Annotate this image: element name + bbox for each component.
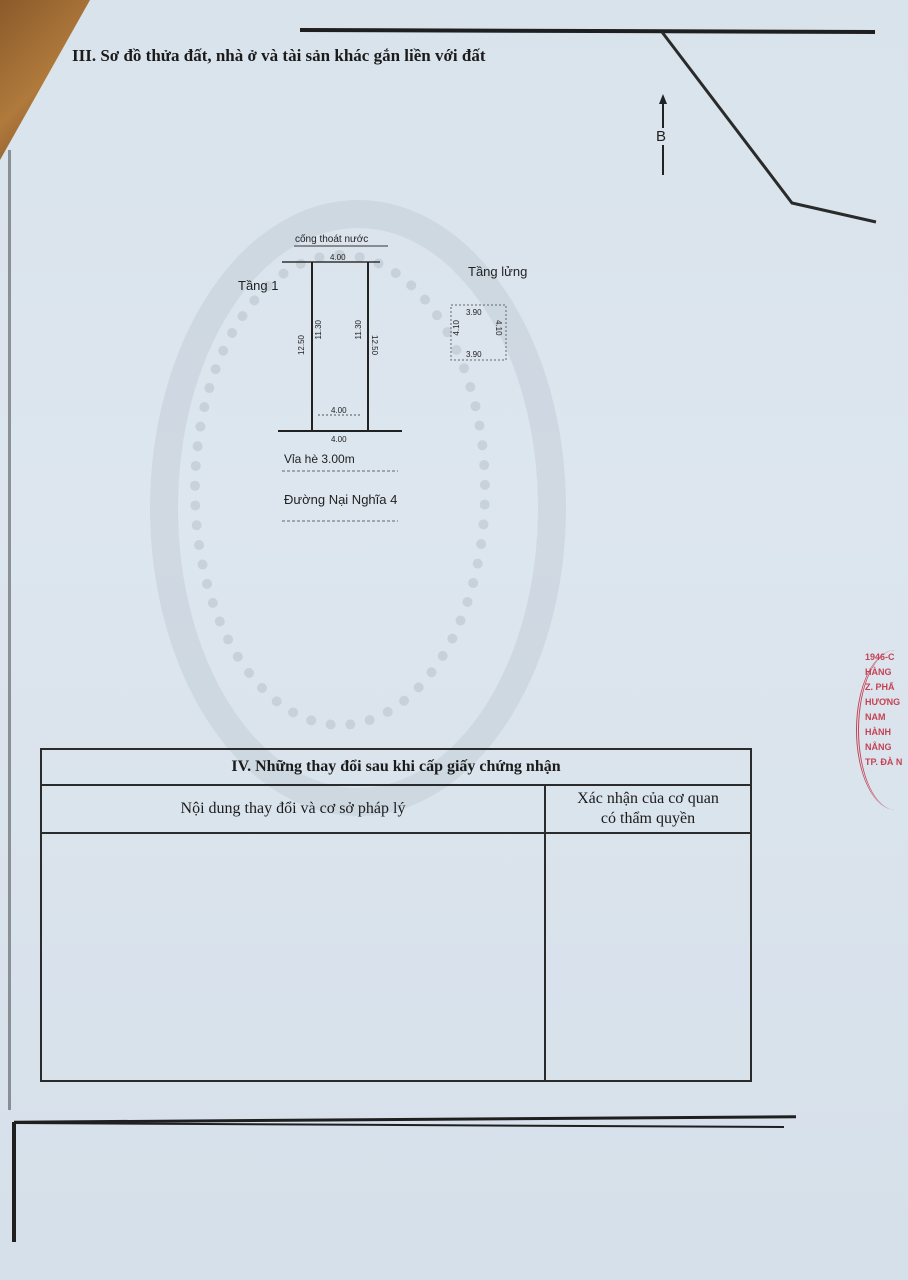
floor-1-label: Tầng 1 — [238, 278, 278, 293]
dim-bottom-width: 4.00 — [331, 435, 347, 444]
changes-table: IV. Những thay đổi sau khi cấp giấy chứn… — [40, 748, 752, 1082]
dim-inner-bottom: 4.00 — [331, 406, 347, 415]
section-4-title: IV. Những thay đổi sau khi cấp giấy chứn… — [41, 749, 751, 785]
content-cell-empty — [41, 833, 545, 1081]
north-label: B — [656, 128, 666, 145]
bottom-left-border — [12, 1122, 16, 1242]
mezz-dim-left: 4.10 — [452, 320, 461, 336]
dim-inner-left: 11.30 — [314, 320, 323, 339]
mezz-dim-right: 4.10 — [494, 320, 503, 336]
confirmation-cell-empty — [545, 833, 751, 1081]
dim-outer-right: 12.50 — [370, 335, 379, 355]
mezz-dim-bottom: 3.90 — [466, 350, 482, 359]
column-header-confirmation: Xác nhận của cơ quancó thẩm quyền — [545, 785, 751, 833]
column-header-content: Nội dung thay đổi và cơ sở pháp lý — [41, 785, 545, 833]
dim-inner-right: 11.30 — [354, 320, 363, 339]
sidewalk-label: Vỉa hè 3.00m — [284, 452, 355, 466]
document-page: III. Sơ đồ thửa đất, nhà ở và tài sản kh… — [0, 0, 908, 1280]
land-plot-diagram — [0, 0, 908, 1280]
plot-boundary-top — [300, 30, 875, 32]
drain-label: cống thoát nước — [295, 234, 368, 245]
plot-boundary-diagonal — [662, 32, 876, 222]
mezz-dim-top: 3.90 — [466, 308, 482, 317]
mezzanine-label: Tầng lửng — [468, 264, 527, 279]
street-label: Đường Nại Nghĩa 4 — [284, 492, 397, 507]
dim-outer-left: 12.50 — [297, 335, 306, 355]
dim-top-width: 4.00 — [330, 253, 346, 262]
